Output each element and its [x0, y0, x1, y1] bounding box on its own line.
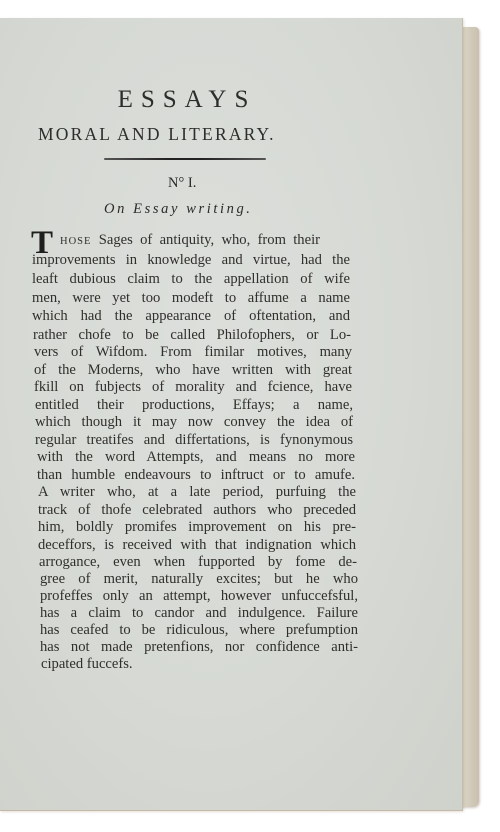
text-line: HOSE Sages of antiquity, who, from their: [60, 232, 320, 249]
text-line: of the Moderns, who have written with gr…: [34, 362, 352, 379]
text-line: profeffes only an attempt, however unfuc…: [40, 588, 358, 605]
text-line: which had the appearance of oftentation,…: [32, 308, 350, 325]
essay-number: N° I.: [168, 175, 196, 192]
text-line: arrogance, even when fupported by fome d…: [39, 554, 357, 571]
text-line: leaft dubious claim to the appellation o…: [32, 271, 350, 288]
small-caps-word: HOSE: [60, 236, 91, 247]
book-title: ESSAYS: [0, 86, 374, 114]
text-line: has a claim to candor and indulgence. Fa…: [40, 605, 358, 622]
book-subtitle: MORAL AND LITERARY.: [38, 124, 276, 145]
text-line: him, boldly promifes improvement on his …: [38, 519, 356, 536]
text-line: has ceafed to be ridiculous, where prefu…: [40, 622, 358, 639]
text-line: gree of merit, naturally excites; but he…: [40, 571, 358, 588]
text-line: has not made pretenfions, nor confidence…: [40, 639, 358, 656]
text-line: entitled their productions, Effays; a na…: [35, 397, 353, 414]
text-line: with the word Attempts, and means no mor…: [37, 449, 355, 466]
line-text: Sages of antiquity, who, from their: [91, 232, 320, 248]
text-line: deceffors, is received with that indigna…: [38, 537, 356, 554]
essay-title: On Essay writing.: [104, 201, 253, 218]
text-line: than humble endeavours to inftruct or to…: [37, 467, 355, 484]
text-line: vers of Wifdom. From fimilar motives, ma…: [34, 344, 352, 361]
text-line: which though it may now convey the idea …: [35, 414, 353, 431]
text-line: track of thofe celebrated authors who pr…: [38, 502, 356, 519]
text-line: rather chofe to be called Philofophers, …: [33, 327, 351, 344]
text-line: A writer who, at a late period, purfuing…: [38, 484, 356, 501]
title-rule-divider: [104, 158, 266, 160]
text-line: regular treatifes and differtations, is …: [35, 432, 353, 449]
text-line: cipated fuccefs.: [41, 656, 359, 673]
text-line: men, were yet too modeft to affume a nam…: [32, 290, 350, 307]
text-line: fkill on fubjects of morality and fcienc…: [34, 379, 352, 396]
text-line: improvements in knowledge and virtue, ha…: [32, 252, 350, 269]
